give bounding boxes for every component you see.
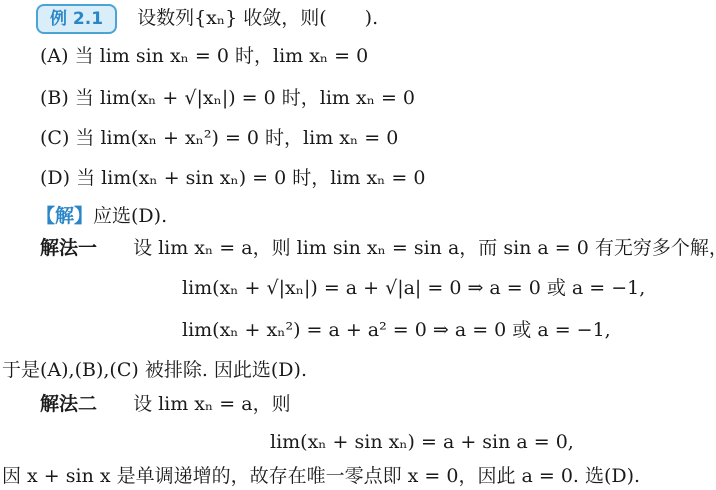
option-a: (A) 当 lim sin xₙ = 0 时，lim xₙ = 0 (40, 44, 368, 68)
question-line: 例 2.1 设数列{xₙ} 收敛，则( ). (36, 4, 378, 34)
option-b: (B) 当 lim(xₙ + √|xₙ|) = 0 时，lim xₙ = 0 (40, 86, 415, 110)
method2-text: 设 lim xₙ = a，则 (133, 393, 291, 415)
solution-label: 【解】 (36, 205, 93, 227)
method1-eq2: lim(xₙ + xₙ²) = a + a² = 0 ⇒ a = 0 或 a =… (182, 318, 611, 342)
option-c: (C) 当 lim(xₙ + xₙ²) = 0 时，lim xₙ = 0 (40, 126, 398, 150)
solution-answer: 应选(D). (93, 205, 167, 227)
example-label: 例 2.1 (36, 4, 117, 34)
method1-conclusion: 于是(A),(B),(C) 被排除. 因此选(D). (2, 358, 307, 382)
method2-eq1: lim(xₙ + sin xₙ) = a + sin a = 0, (270, 430, 574, 454)
method2-title: 解法二 (40, 393, 97, 415)
method2-conclusion: 因 x + sin x 是单调递增的，故存在唯一零点即 x = 0，因此 a =… (2, 464, 640, 488)
solution-answer-line: 【解】应选(D). (36, 204, 167, 228)
method2-line: 解法二 设 lim xₙ = a，则 (40, 392, 291, 416)
question-text: 设数列{xₙ} 收敛，则( ). (137, 7, 378, 29)
method1-text: 设 lim xₙ = a，则 lim sin xₙ = sin a，而 sin … (133, 237, 716, 259)
method1-title: 解法一 (40, 237, 97, 259)
method1-line: 解法一 设 lim xₙ = a，则 lim sin xₙ = sin a，而 … (40, 236, 716, 260)
method1-eq1: lim(xₙ + √|xₙ|) = a + √|a| = 0 ⇒ a = 0 或… (182, 276, 645, 300)
option-d: (D) 当 lim(xₙ + sin xₙ) = 0 时，lim xₙ = 0 (40, 166, 425, 190)
